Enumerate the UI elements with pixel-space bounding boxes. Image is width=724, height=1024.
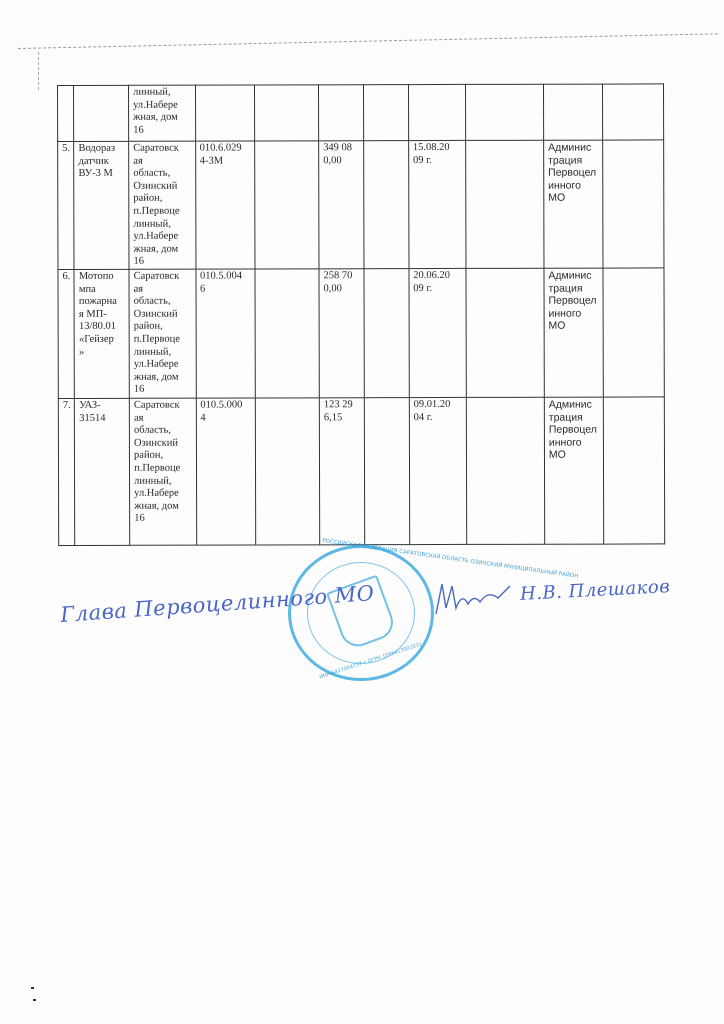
header-dashed-line bbox=[18, 33, 718, 49]
cell-name: Мотопомпапожарная МП-13/80.01«Гейзер» bbox=[74, 269, 129, 398]
cell-line: МО bbox=[548, 192, 599, 205]
cell-cost: 123 296,15 bbox=[319, 398, 365, 545]
cell-number: 6. bbox=[58, 269, 75, 398]
table-row: 5.ВодораздатчикВУ-3 МСаратовскаяобласть,… bbox=[58, 140, 664, 270]
cell-line: линный, bbox=[133, 218, 191, 231]
cell-col7 bbox=[364, 269, 409, 398]
cell-col5 bbox=[254, 85, 318, 141]
cell-line: 4 bbox=[200, 412, 251, 425]
cell-name: ВодораздатчикВУ-3 М bbox=[74, 141, 129, 269]
cell-line: 16 bbox=[134, 384, 192, 397]
cell-line: Озинский bbox=[134, 308, 192, 321]
cell-line: Первоцел bbox=[548, 295, 599, 308]
cell-address: Саратовскаяобласть,Озинскийрайон,п.Перво… bbox=[129, 398, 196, 545]
cell-col5 bbox=[255, 141, 319, 269]
cell-holder: АдминистрацияПервоцелинногоМО bbox=[544, 140, 604, 268]
cell-address: линный,ул.Набережная, дом16 bbox=[129, 85, 196, 141]
cell-line: п.Первоце bbox=[133, 206, 191, 219]
cell-line: район, bbox=[133, 193, 191, 206]
cell-line: 010.5.000 bbox=[200, 399, 251, 412]
cell-line: МО bbox=[549, 320, 600, 333]
cell-col11 bbox=[603, 84, 664, 140]
cell-line: 010.5.004 bbox=[200, 270, 251, 283]
cell-line: инного bbox=[548, 307, 599, 320]
cell-date bbox=[408, 84, 465, 140]
cell-line: 16 bbox=[134, 513, 192, 526]
cell-line: Саратовск bbox=[133, 143, 191, 156]
signatory-title: Глава Первоцелинного МО bbox=[60, 581, 376, 627]
cell-line: 6 bbox=[200, 283, 251, 296]
cell-line: 09 г. bbox=[413, 283, 462, 296]
cell-line: район, bbox=[134, 321, 192, 334]
cell-holder: АдминистрацияПервоцелинногоМО bbox=[544, 397, 604, 544]
cell-line: трация bbox=[548, 282, 599, 295]
cell-line: 09 г. bbox=[413, 155, 462, 168]
margin-mark bbox=[38, 52, 39, 90]
cell-date: 20.06.2009 г. bbox=[409, 268, 466, 397]
cell-line: жная, дом bbox=[133, 243, 191, 256]
cell-line: ул.Набере bbox=[133, 231, 191, 244]
cell-line: Админис bbox=[549, 399, 600, 412]
cell-line: трация bbox=[549, 411, 600, 424]
cell-inventory-number: 010.6.0294-3М bbox=[195, 141, 255, 269]
cell-col9 bbox=[465, 140, 543, 268]
cell-line: Админис bbox=[548, 142, 599, 155]
cell-address: Саратовскаяобласть,Озинскийрайон,п.Перво… bbox=[129, 141, 196, 269]
cell-line: 4-3М bbox=[200, 155, 251, 168]
cell-line: Первоцел bbox=[548, 167, 599, 180]
cell-line: 13/80.01 bbox=[79, 321, 126, 334]
cell-line: ая bbox=[133, 155, 191, 168]
cell-col9 bbox=[466, 268, 544, 397]
cell-col9 bbox=[466, 397, 544, 544]
cell-name bbox=[74, 85, 129, 141]
cell-line: 31514 bbox=[79, 412, 126, 425]
cell-line: 09.01.20 bbox=[414, 399, 463, 412]
cell-name: УАЗ-31514 bbox=[75, 398, 130, 545]
cell-inventory-number: 010.5.0046 bbox=[195, 269, 255, 398]
cell-line: датчик bbox=[78, 155, 125, 168]
cell-line: ВУ-3 М bbox=[79, 168, 126, 181]
cell-holder bbox=[543, 84, 603, 140]
table-row: линный,ул.Набережная, дом16 bbox=[58, 84, 664, 142]
handwritten-signature-icon bbox=[432, 578, 512, 618]
cell-line: 04 г. bbox=[414, 412, 463, 425]
cell-col5 bbox=[255, 398, 319, 545]
cell-inventory-number: 010.5.0004 bbox=[196, 398, 256, 545]
cell-line: 16 bbox=[134, 256, 192, 269]
table-row: 6.Мотопомпапожарная МП-13/80.01«Гейзер»С… bbox=[58, 268, 664, 399]
cell-line: 123 29 bbox=[324, 399, 361, 412]
cell-line: линный, bbox=[133, 87, 191, 100]
cell-line: ая bbox=[134, 283, 192, 296]
cell-line: Саратовск bbox=[134, 271, 192, 284]
cell-col7 bbox=[364, 85, 408, 141]
cell-line: 16 bbox=[133, 124, 191, 137]
cell-line: ул.Набере bbox=[133, 99, 191, 112]
cell-line: МО bbox=[549, 449, 600, 462]
cell-line: жная, дом bbox=[134, 500, 192, 513]
cell-line: жная, дом bbox=[134, 371, 192, 384]
cell-number: 7. bbox=[58, 398, 75, 545]
cell-col11 bbox=[603, 268, 664, 397]
cell-line: ул.Набере bbox=[134, 488, 192, 501]
cell-line: Мотопо bbox=[79, 271, 126, 284]
cell-address: Саратовскаяобласть,Озинскийрайон,п.Перво… bbox=[129, 269, 196, 398]
cell-inventory-number bbox=[195, 85, 255, 141]
scan-speck bbox=[31, 987, 34, 989]
cell-date: 15.08.2009 г. bbox=[408, 140, 465, 268]
signature-block: Глава Первоцелинного МО Н.В. Плешаков bbox=[60, 570, 700, 650]
cell-line: Первоцел bbox=[549, 424, 600, 437]
signatory-name: Н.В. Плешаков bbox=[520, 576, 671, 605]
cell-col7 bbox=[365, 398, 410, 545]
cell-line: 010.6.029 bbox=[200, 142, 251, 155]
scanned-page: линный,ул.Набережная, дом165.Водораздатч… bbox=[0, 0, 724, 1024]
table-row: 7.УАЗ-31514Саратовскаяобласть,Озинскийра… bbox=[58, 397, 664, 546]
cell-line: п.Первоце bbox=[134, 334, 192, 347]
cell-line: район, bbox=[134, 450, 192, 463]
cell-line: область, bbox=[134, 296, 192, 309]
cell-col7 bbox=[364, 141, 409, 269]
cell-line: пожарна bbox=[79, 296, 126, 309]
scan-speck bbox=[33, 999, 36, 1001]
cell-cost bbox=[319, 85, 365, 141]
cell-line: линный, bbox=[134, 475, 192, 488]
cell-line: Водораз bbox=[78, 143, 125, 156]
cell-line: ул.Набере bbox=[134, 359, 192, 372]
cell-line: «Гейзер bbox=[79, 334, 126, 347]
cell-line: Озинский bbox=[133, 180, 191, 193]
cell-holder: АдминистрацияПервоцелинногоМО bbox=[544, 268, 604, 397]
cell-line: 6,15 bbox=[324, 412, 361, 425]
cell-line: область, bbox=[133, 168, 191, 181]
inventory-table: линный,ул.Набережная, дом165.Водораздатч… bbox=[57, 83, 665, 546]
cell-line: » bbox=[79, 346, 126, 359]
cell-col9 bbox=[465, 84, 543, 140]
cell-line: ая bbox=[134, 412, 192, 425]
cell-col5 bbox=[255, 269, 319, 398]
cell-line: 15.08.20 bbox=[413, 142, 462, 155]
cell-line: УАЗ- bbox=[79, 400, 126, 413]
cell-line: 349 08 bbox=[323, 142, 360, 155]
cell-line: инного bbox=[548, 179, 599, 192]
cell-line: инного bbox=[549, 436, 600, 449]
cell-line: трация bbox=[548, 154, 599, 167]
cell-line: Админис bbox=[548, 270, 599, 283]
cell-col11 bbox=[603, 140, 664, 268]
cell-line: 258 70 bbox=[324, 270, 361, 283]
cell-number: 5. bbox=[58, 141, 75, 269]
cell-cost: 349 080,00 bbox=[319, 141, 365, 269]
cell-line: 20.06.20 bbox=[413, 270, 462, 283]
cell-line: жная, дом bbox=[133, 112, 191, 125]
cell-cost: 258 700,00 bbox=[319, 269, 365, 398]
cell-line: п.Первоце bbox=[134, 463, 192, 476]
cell-col11 bbox=[604, 397, 665, 544]
cell-line: область, bbox=[134, 425, 192, 438]
cell-line: я МП- bbox=[79, 309, 126, 322]
cell-line: Озинский bbox=[134, 437, 192, 450]
cell-line: мпа bbox=[79, 283, 126, 296]
cell-number bbox=[58, 85, 74, 141]
cell-line: 0,00 bbox=[324, 283, 361, 296]
cell-date: 09.01.2004 г. bbox=[409, 397, 466, 544]
cell-line: 0,00 bbox=[323, 155, 360, 168]
cell-line: Саратовск bbox=[134, 400, 192, 413]
cell-line: линный, bbox=[134, 346, 192, 359]
